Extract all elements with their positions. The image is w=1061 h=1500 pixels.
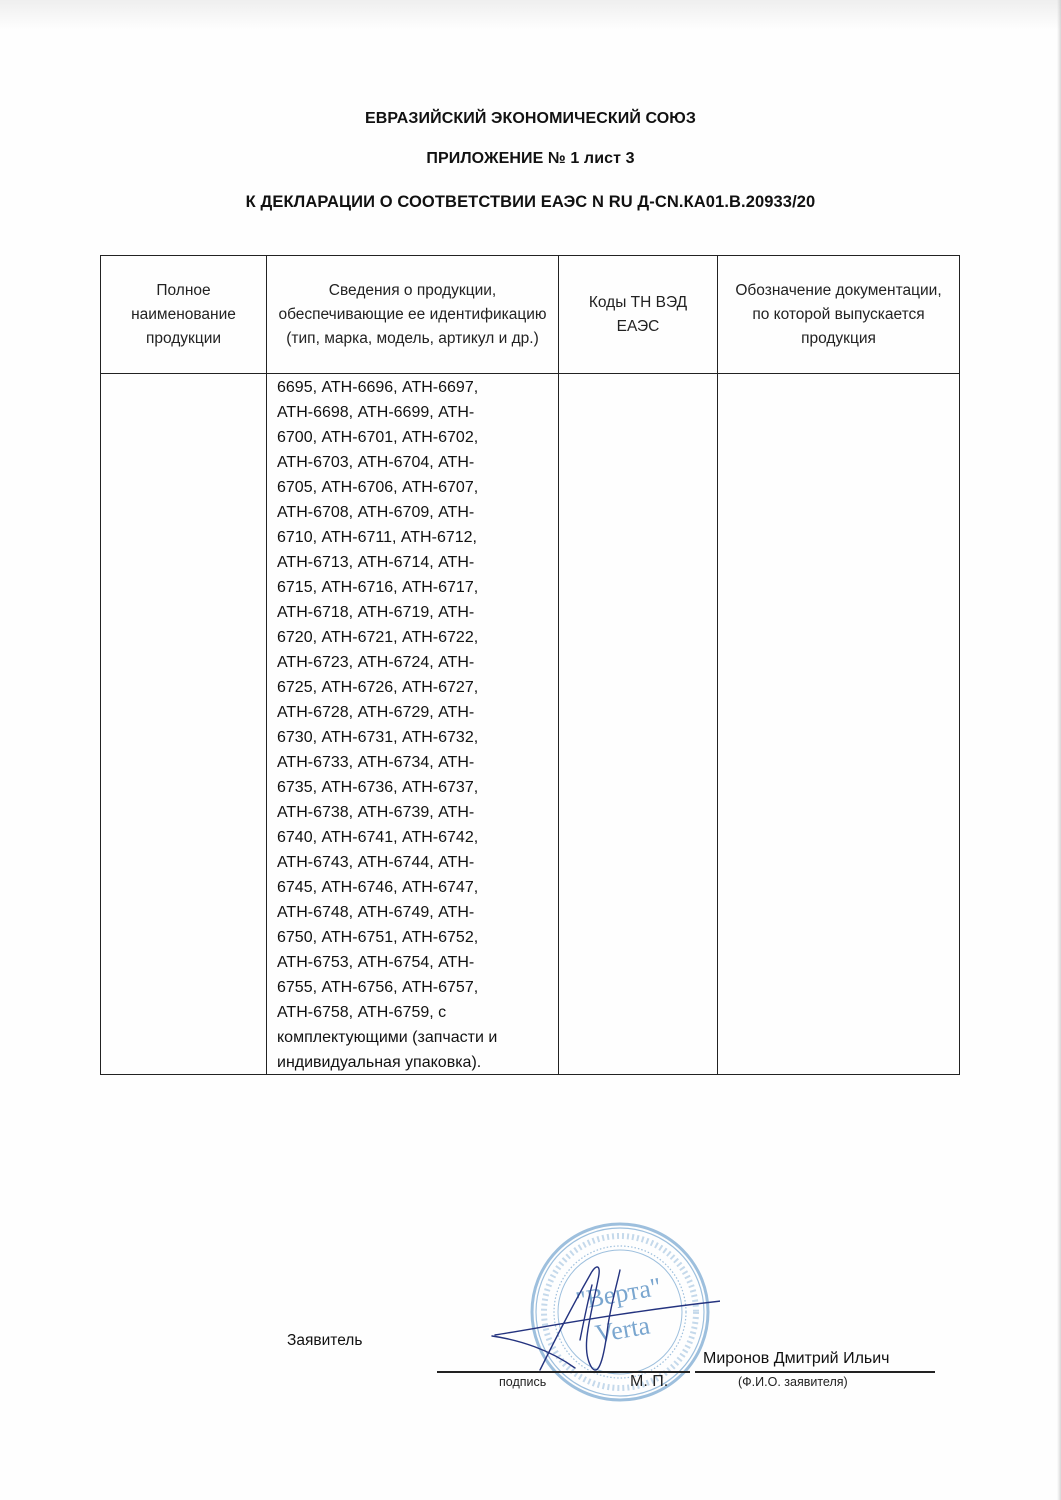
column-header-hs-codes: Коды ТН ВЭД ЕАЭС (559, 256, 718, 374)
column-header-identification: Сведения о продукции, обеспечивающие ее … (267, 256, 559, 374)
table-header-row: Полное наименование продукции Сведения о… (101, 256, 960, 374)
signature-caption: подпись (499, 1375, 546, 1389)
column-header-documentation: Обозначение документации, по которой вып… (718, 256, 960, 374)
name-caption: (Ф.И.О. заявителя) (738, 1375, 848, 1389)
cell-documentation (718, 374, 960, 1075)
applicant-name: Миронов Дмитрий Ильич (703, 1350, 890, 1368)
table-row: 6695, АТН-6696, АТН-6697, АТН-6698, АТН-… (101, 374, 960, 1075)
cell-product-name (101, 374, 267, 1075)
column-header-text: Коды ТН ВЭД ЕАЭС (559, 291, 717, 339)
name-line (695, 1371, 935, 1373)
scan-artifact-edge (1057, 0, 1061, 1500)
column-header-product-name: Полное наименование продукции (101, 256, 267, 374)
seal-caption: М. П. (630, 1373, 668, 1391)
scan-artifact-top (0, 0, 1061, 30)
declaration-title: К ДЕКЛАРАЦИИ О СООТВЕТСТВИИ ЕАЭС N RU Д-… (0, 193, 1061, 212)
appendix-title: ПРИЛОЖЕНИЕ № 1 лист 3 (0, 150, 1061, 168)
model-list: 6695, АТН-6696, АТН-6697, АТН-6698, АТН-… (267, 374, 558, 1074)
cell-hs-codes (559, 374, 718, 1075)
handwritten-signature-icon (480, 1240, 720, 1390)
cell-identification: 6695, АТН-6696, АТН-6697, АТН-6698, АТН-… (267, 374, 559, 1075)
union-title: ЕВРАЗИЙСКИЙ ЭКОНОМИЧЕСКИЙ СОЮЗ (0, 110, 1061, 128)
column-header-text: Обозначение документации, по которой вып… (718, 279, 959, 351)
column-header-text: Полное наименование продукции (101, 279, 266, 351)
column-header-text: Сведения о продукции, обеспечивающие ее … (267, 279, 558, 351)
applicant-label: Заявитель (287, 1332, 362, 1350)
declaration-table: Полное наименование продукции Сведения о… (100, 255, 960, 1075)
